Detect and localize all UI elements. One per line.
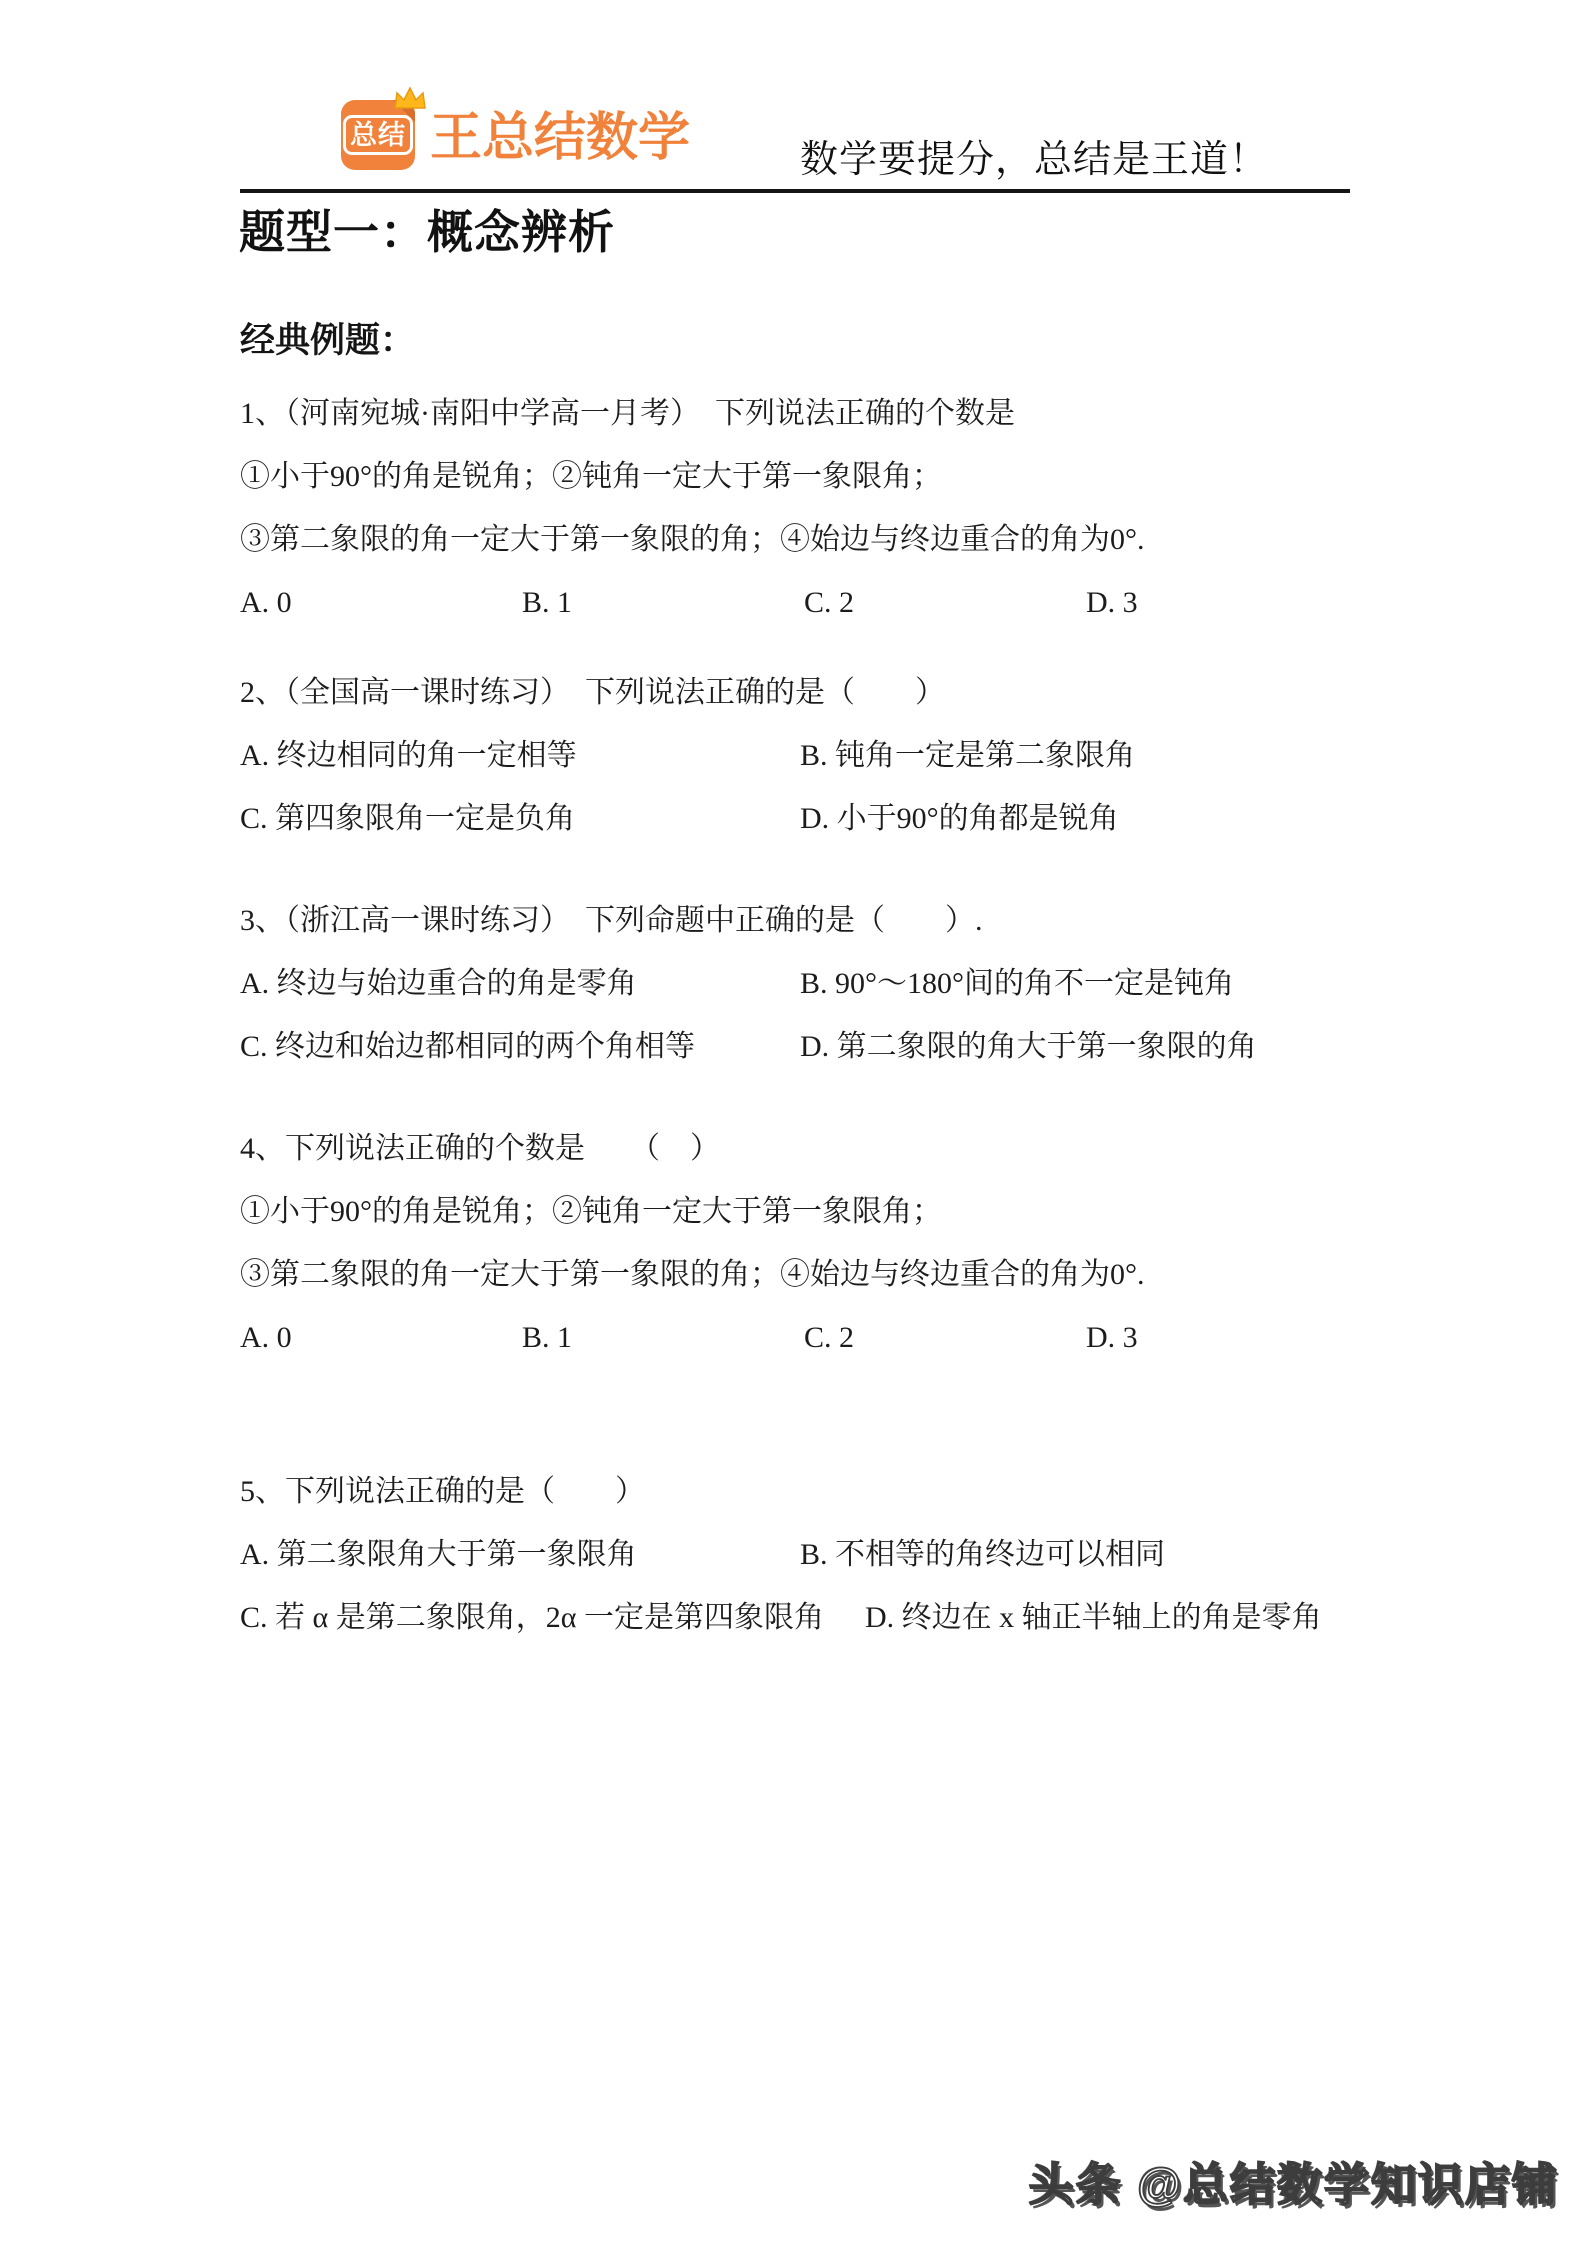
question-list: 1、（河南宛城·南阳中学高一月考） 下列说法正确的个数是 ①小于90°的角是锐角… bbox=[240, 395, 1380, 1689]
question-1: 1、（河南宛城·南阳中学高一月考） 下列说法正确的个数是 ①小于90°的角是锐角… bbox=[240, 395, 1380, 621]
option-d: D. 小于90°的角都是锐角 bbox=[800, 800, 1119, 837]
question-stem: 2、（全国高一课时练习） 下列说法正确的是（ ） bbox=[240, 674, 1380, 711]
crown-icon bbox=[393, 86, 427, 112]
option-a: A. 0 bbox=[240, 1319, 522, 1356]
logo-wordmark: 王总结数学 bbox=[430, 110, 690, 166]
option-c: C. 2 bbox=[804, 584, 1086, 621]
option-b: B. 1 bbox=[522, 1319, 804, 1356]
page-title: 题型一：概念辨析 bbox=[239, 206, 615, 258]
question-4: 4、下列说法正确的个数是 （ ） ①小于90°的角是锐角；②钝角一定大于第一象限… bbox=[240, 1130, 1380, 1356]
question-stem: 1、（河南宛城·南阳中学高一月考） 下列说法正确的个数是 bbox=[240, 395, 1380, 432]
question-stem: 3、（浙江高一课时练习） 下列命题中正确的是（ ）. bbox=[240, 902, 1380, 939]
option-c: C. 2 bbox=[804, 1319, 1086, 1356]
section-heading: 经典例题： bbox=[240, 321, 415, 361]
question-stem: 5、下列说法正确的是（ ） bbox=[240, 1473, 1380, 1510]
option-c: C. 若 α 是第二象限角，2α 一定是第四象限角 bbox=[240, 1599, 865, 1636]
option-b: B. 钝角一定是第二象限角 bbox=[800, 737, 1135, 774]
header-rule bbox=[240, 189, 1350, 193]
option-b: B. 90°～180°间的角不一定是钝角 bbox=[800, 965, 1234, 1002]
option-c: C. 终边和始边都相同的两个角相等 bbox=[240, 1028, 800, 1065]
option-a: A. 终边相同的角一定相等 bbox=[240, 737, 800, 774]
options-row: A. 0 B. 1 C. 2 D. 3 bbox=[240, 584, 1380, 621]
options-row: A. 0 B. 1 C. 2 D. 3 bbox=[240, 1319, 1380, 1356]
option-c: C. 第四象限角一定是负角 bbox=[240, 800, 800, 837]
question-5: 5、下列说法正确的是（ ） A. 第二象限角大于第一象限角 B. 不相等的角终边… bbox=[240, 1473, 1380, 1636]
footer-watermark: 头条 @总结数学知识店铺 bbox=[1029, 2156, 1559, 2214]
statement-line: ①小于90°的角是锐角；②钝角一定大于第一象限角； bbox=[240, 1193, 1380, 1230]
options-row: C. 第四象限角一定是负角 D. 小于90°的角都是锐角 bbox=[240, 800, 1380, 837]
statement-line: ①小于90°的角是锐角；②钝角一定大于第一象限角； bbox=[240, 458, 1380, 495]
logo-badge: 总结 bbox=[341, 100, 415, 170]
options-row: A. 终边与始边重合的角是零角 B. 90°～180°间的角不一定是钝角 bbox=[240, 965, 1380, 1002]
option-a: A. 0 bbox=[240, 584, 522, 621]
option-d: D. 3 bbox=[1086, 1319, 1138, 1356]
question-2: 2、（全国高一课时练习） 下列说法正确的是（ ） A. 终边相同的角一定相等 B… bbox=[240, 674, 1380, 837]
option-b: B. 1 bbox=[522, 584, 804, 621]
question-stem: 4、下列说法正确的个数是 （ ） bbox=[240, 1130, 1380, 1167]
options-row: C. 若 α 是第二象限角，2α 一定是第四象限角 D. 终边在 x 轴正半轴上… bbox=[240, 1599, 1380, 1636]
option-a: A. 第二象限角大于第一象限角 bbox=[240, 1536, 800, 1573]
question-3: 3、（浙江高一课时练习） 下列命题中正确的是（ ）. A. 终边与始边重合的角是… bbox=[240, 902, 1380, 1065]
header-slogan: 数学要提分，总结是王道！ bbox=[800, 139, 1268, 181]
document-page: 总结 王总结数学 数学要提分，总结是王道！ 题型一：概念辨析 经典例题： 1、（… bbox=[0, 0, 1587, 2245]
options-row: A. 终边相同的角一定相等 B. 钝角一定是第二象限角 bbox=[240, 737, 1380, 774]
option-b: B. 不相等的角终边可以相同 bbox=[800, 1536, 1165, 1573]
statement-line: ③第二象限的角一定大于第一象限的角；④始边与终边重合的角为0°. bbox=[240, 521, 1380, 558]
option-d: D. 终边在 x 轴正半轴上的角是零角 bbox=[865, 1599, 1322, 1636]
options-row: A. 第二象限角大于第一象限角 B. 不相等的角终边可以相同 bbox=[240, 1536, 1380, 1573]
options-row: C. 终边和始边都相同的两个角相等 D. 第二象限的角大于第一象限的角 bbox=[240, 1028, 1380, 1065]
option-d: D. 3 bbox=[1086, 584, 1138, 621]
option-d: D. 第二象限的角大于第一象限的角 bbox=[800, 1028, 1257, 1065]
option-a: A. 终边与始边重合的角是零角 bbox=[240, 965, 800, 1002]
statement-line: ③第二象限的角一定大于第一象限的角；④始边与终边重合的角为0°. bbox=[240, 1256, 1380, 1293]
